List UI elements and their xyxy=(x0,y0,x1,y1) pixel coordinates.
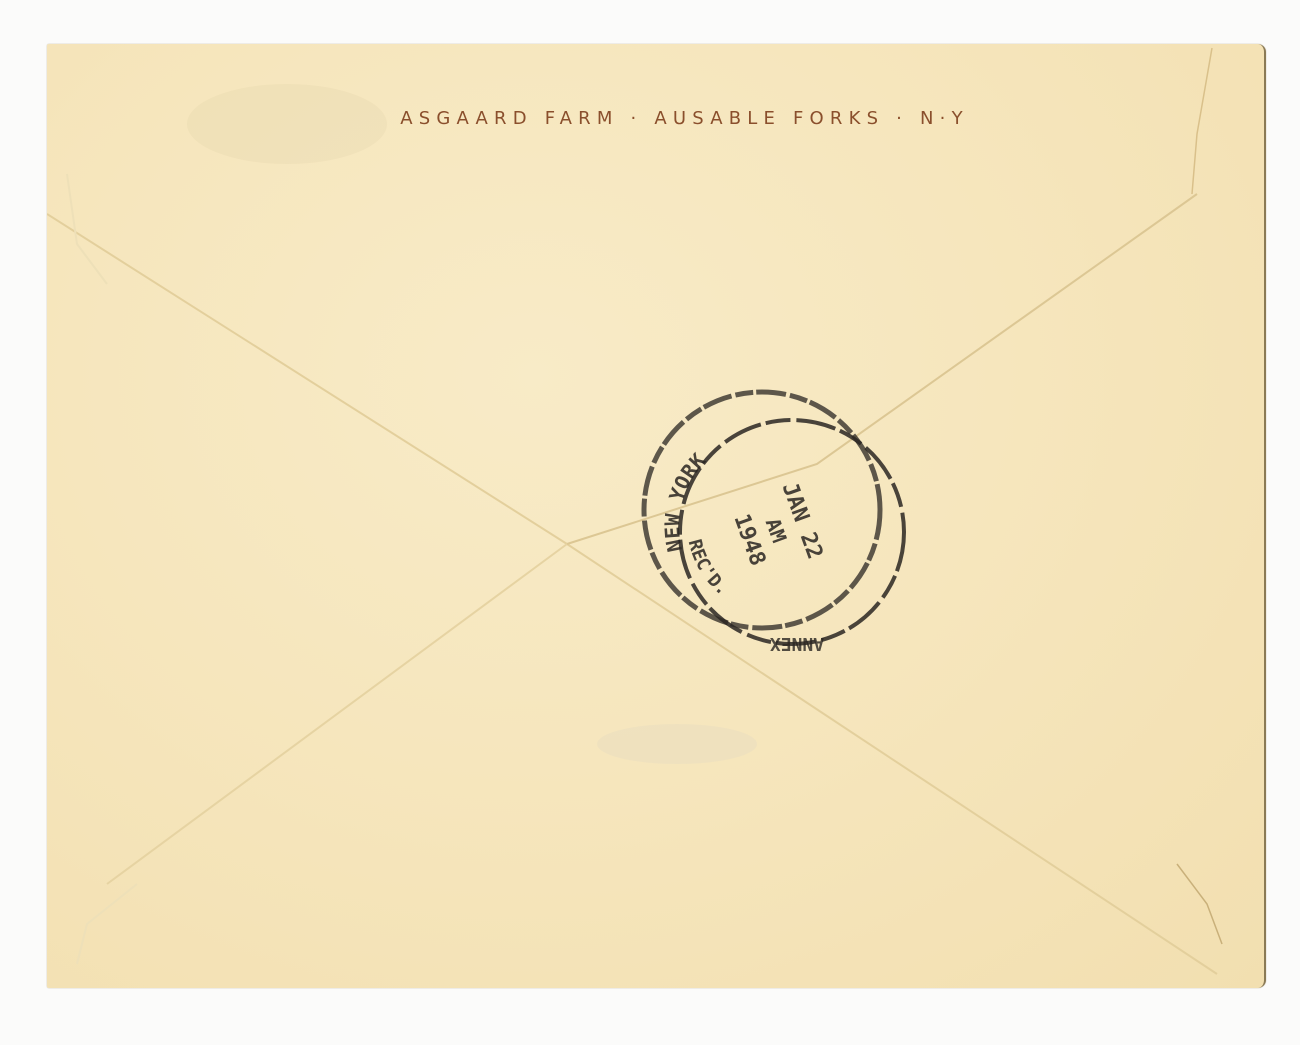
return-address: ASGAARD FARM · AUSABLE FORKS · N·Y xyxy=(47,108,1264,129)
envelope-back: ASGAARD FARM · AUSABLE FORKS · N·Y NEW Y… xyxy=(47,44,1266,988)
postmark-time: AM xyxy=(761,515,792,546)
svg-text:REC'D.: REC'D. xyxy=(684,537,733,599)
postmark-station: ANNEX xyxy=(770,633,824,654)
postmark-year: 1948 xyxy=(728,511,770,569)
postmark-stamp: NEW YORK REC'D. JAN 22 AM 1948 ANNEX xyxy=(627,380,907,670)
postmark-type: REC'D. xyxy=(684,537,733,599)
